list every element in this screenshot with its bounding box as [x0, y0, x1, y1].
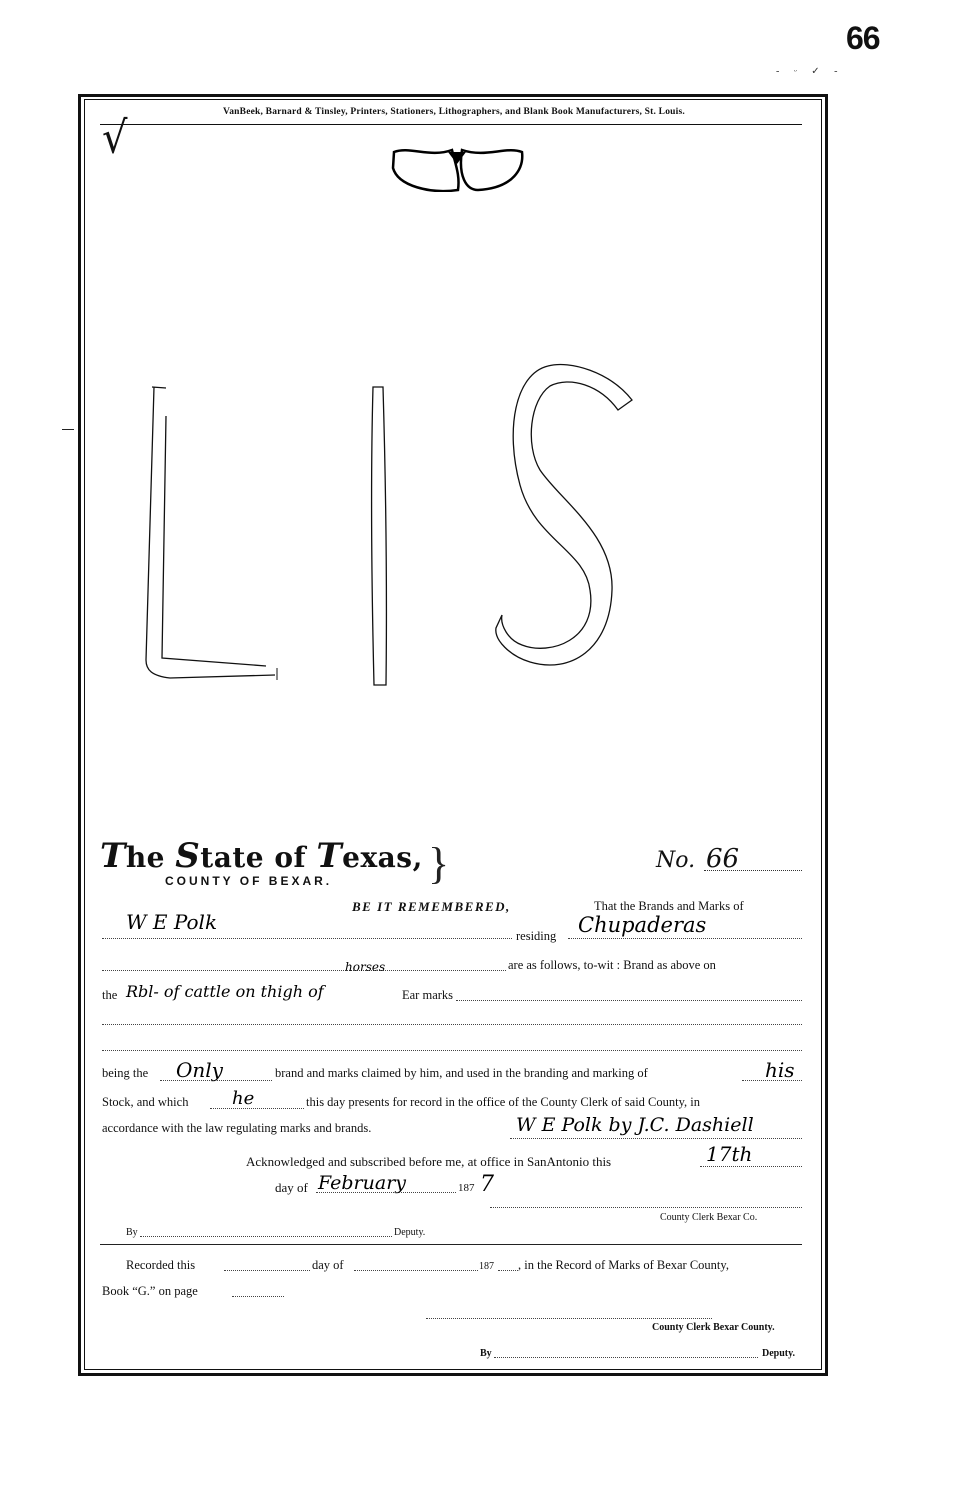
- he-line: [210, 1108, 304, 1109]
- recording-clerk-line: [426, 1318, 712, 1319]
- owner-name: W E Polk: [126, 910, 217, 934]
- state-of-texas-title: The State of Texas,: [100, 836, 423, 876]
- ear-marks-label: Ear marks: [402, 988, 453, 1003]
- record-number-line: [704, 870, 802, 871]
- deputy-line: [140, 1236, 392, 1237]
- by-label: By: [126, 1227, 138, 1238]
- clerk-signature-line: [490, 1207, 802, 1208]
- brands-marks-of-text: That the Brands and Marks of: [594, 899, 744, 914]
- book-label: Book “G.” on page: [102, 1284, 198, 1299]
- stock-and-which-label: Stock, and which: [102, 1095, 188, 1110]
- day-line: [700, 1166, 802, 1167]
- county-clerk-county-label: County Clerk Bexar County.: [652, 1322, 775, 1333]
- county-heading: COUNTY OF BEXAR.: [165, 874, 332, 888]
- recorded-day-of-label: day of: [312, 1258, 344, 1273]
- signature-line: [510, 1138, 802, 1139]
- brand-lis-drawing: [130, 360, 750, 700]
- page-number: 66: [846, 20, 880, 57]
- record-number-label: No.: [656, 848, 695, 873]
- book-page-line: [232, 1296, 284, 1297]
- inner-border: [84, 99, 822, 1370]
- the-label: the: [102, 988, 117, 1003]
- recording-deputy-label: Deputy.: [762, 1348, 795, 1359]
- owner-signature: W E Polk by J.C. Dashiell: [516, 1114, 754, 1136]
- residence-value: Chupaderas: [578, 913, 706, 937]
- he-value: he: [232, 1088, 254, 1109]
- be-it-remembered: BE IT REMEMBERED,: [352, 899, 511, 915]
- record-of-marks-text: , in the Record of Marks of Bexar County…: [518, 1258, 729, 1273]
- are-as-follows-text: are as follows, to-wit : Brand as above …: [508, 958, 716, 973]
- recorded-day-line: [224, 1270, 310, 1271]
- brand-location-value: Rbl- of cattle on thigh of: [126, 982, 324, 1001]
- recording-by-label: By: [480, 1348, 492, 1359]
- title-cap-t: T: [100, 836, 126, 876]
- being-the-label: being the: [102, 1066, 148, 1081]
- deputy-label: Deputy.: [394, 1227, 425, 1238]
- residence-line: [568, 938, 802, 939]
- presents-for-record-text: this day presents for record in the offi…: [306, 1095, 700, 1110]
- residing-label: residing: [516, 929, 556, 944]
- year-suffix: 7: [480, 1172, 494, 1197]
- county-clerk-co-label: County Clerk Bexar Co.: [660, 1212, 757, 1223]
- recorded-year-line: [498, 1270, 518, 1271]
- day-value: 17th: [706, 1142, 752, 1166]
- ear-marks-line: [456, 1000, 802, 1001]
- month-line: [316, 1192, 456, 1193]
- accordance-text: accordance with the law regulating marks…: [102, 1121, 371, 1136]
- only-line: [160, 1080, 272, 1081]
- blank-line-1: [102, 1024, 802, 1025]
- section-divider: [100, 1244, 802, 1245]
- checkmark-icon: √: [102, 116, 128, 160]
- recorded-this-label: Recorded this: [126, 1258, 195, 1273]
- his-line: [742, 1080, 802, 1081]
- margin-tick: [62, 429, 74, 430]
- only-value: Only: [176, 1058, 223, 1082]
- owner-line: [102, 938, 512, 939]
- day-of-label: day of: [275, 1180, 308, 1196]
- description-line: [102, 970, 506, 971]
- recorded-month-line: [354, 1270, 478, 1271]
- printer-imprint: VanBeek, Barnard & Tinsley, Printers, St…: [98, 107, 810, 117]
- brand-location-insert: horses: [345, 960, 385, 974]
- his-value: his: [765, 1058, 795, 1082]
- recorded-year-prefix: 187: [479, 1261, 494, 1272]
- scratch-marks: - ᵕ ✓ -: [776, 66, 843, 77]
- header-rule: [100, 124, 802, 125]
- month-value: February: [318, 1172, 406, 1194]
- brand-claimed-text: brand and marks claimed by him, and used…: [275, 1066, 648, 1081]
- title-brace: }: [428, 842, 449, 886]
- year-prefix: 187: [458, 1182, 475, 1194]
- recording-deputy-line: [494, 1357, 758, 1358]
- blank-line-2: [102, 1050, 802, 1051]
- ear-mark-icon: [390, 146, 526, 192]
- acknowledged-text: Acknowledged and subscribed before me, a…: [246, 1154, 611, 1170]
